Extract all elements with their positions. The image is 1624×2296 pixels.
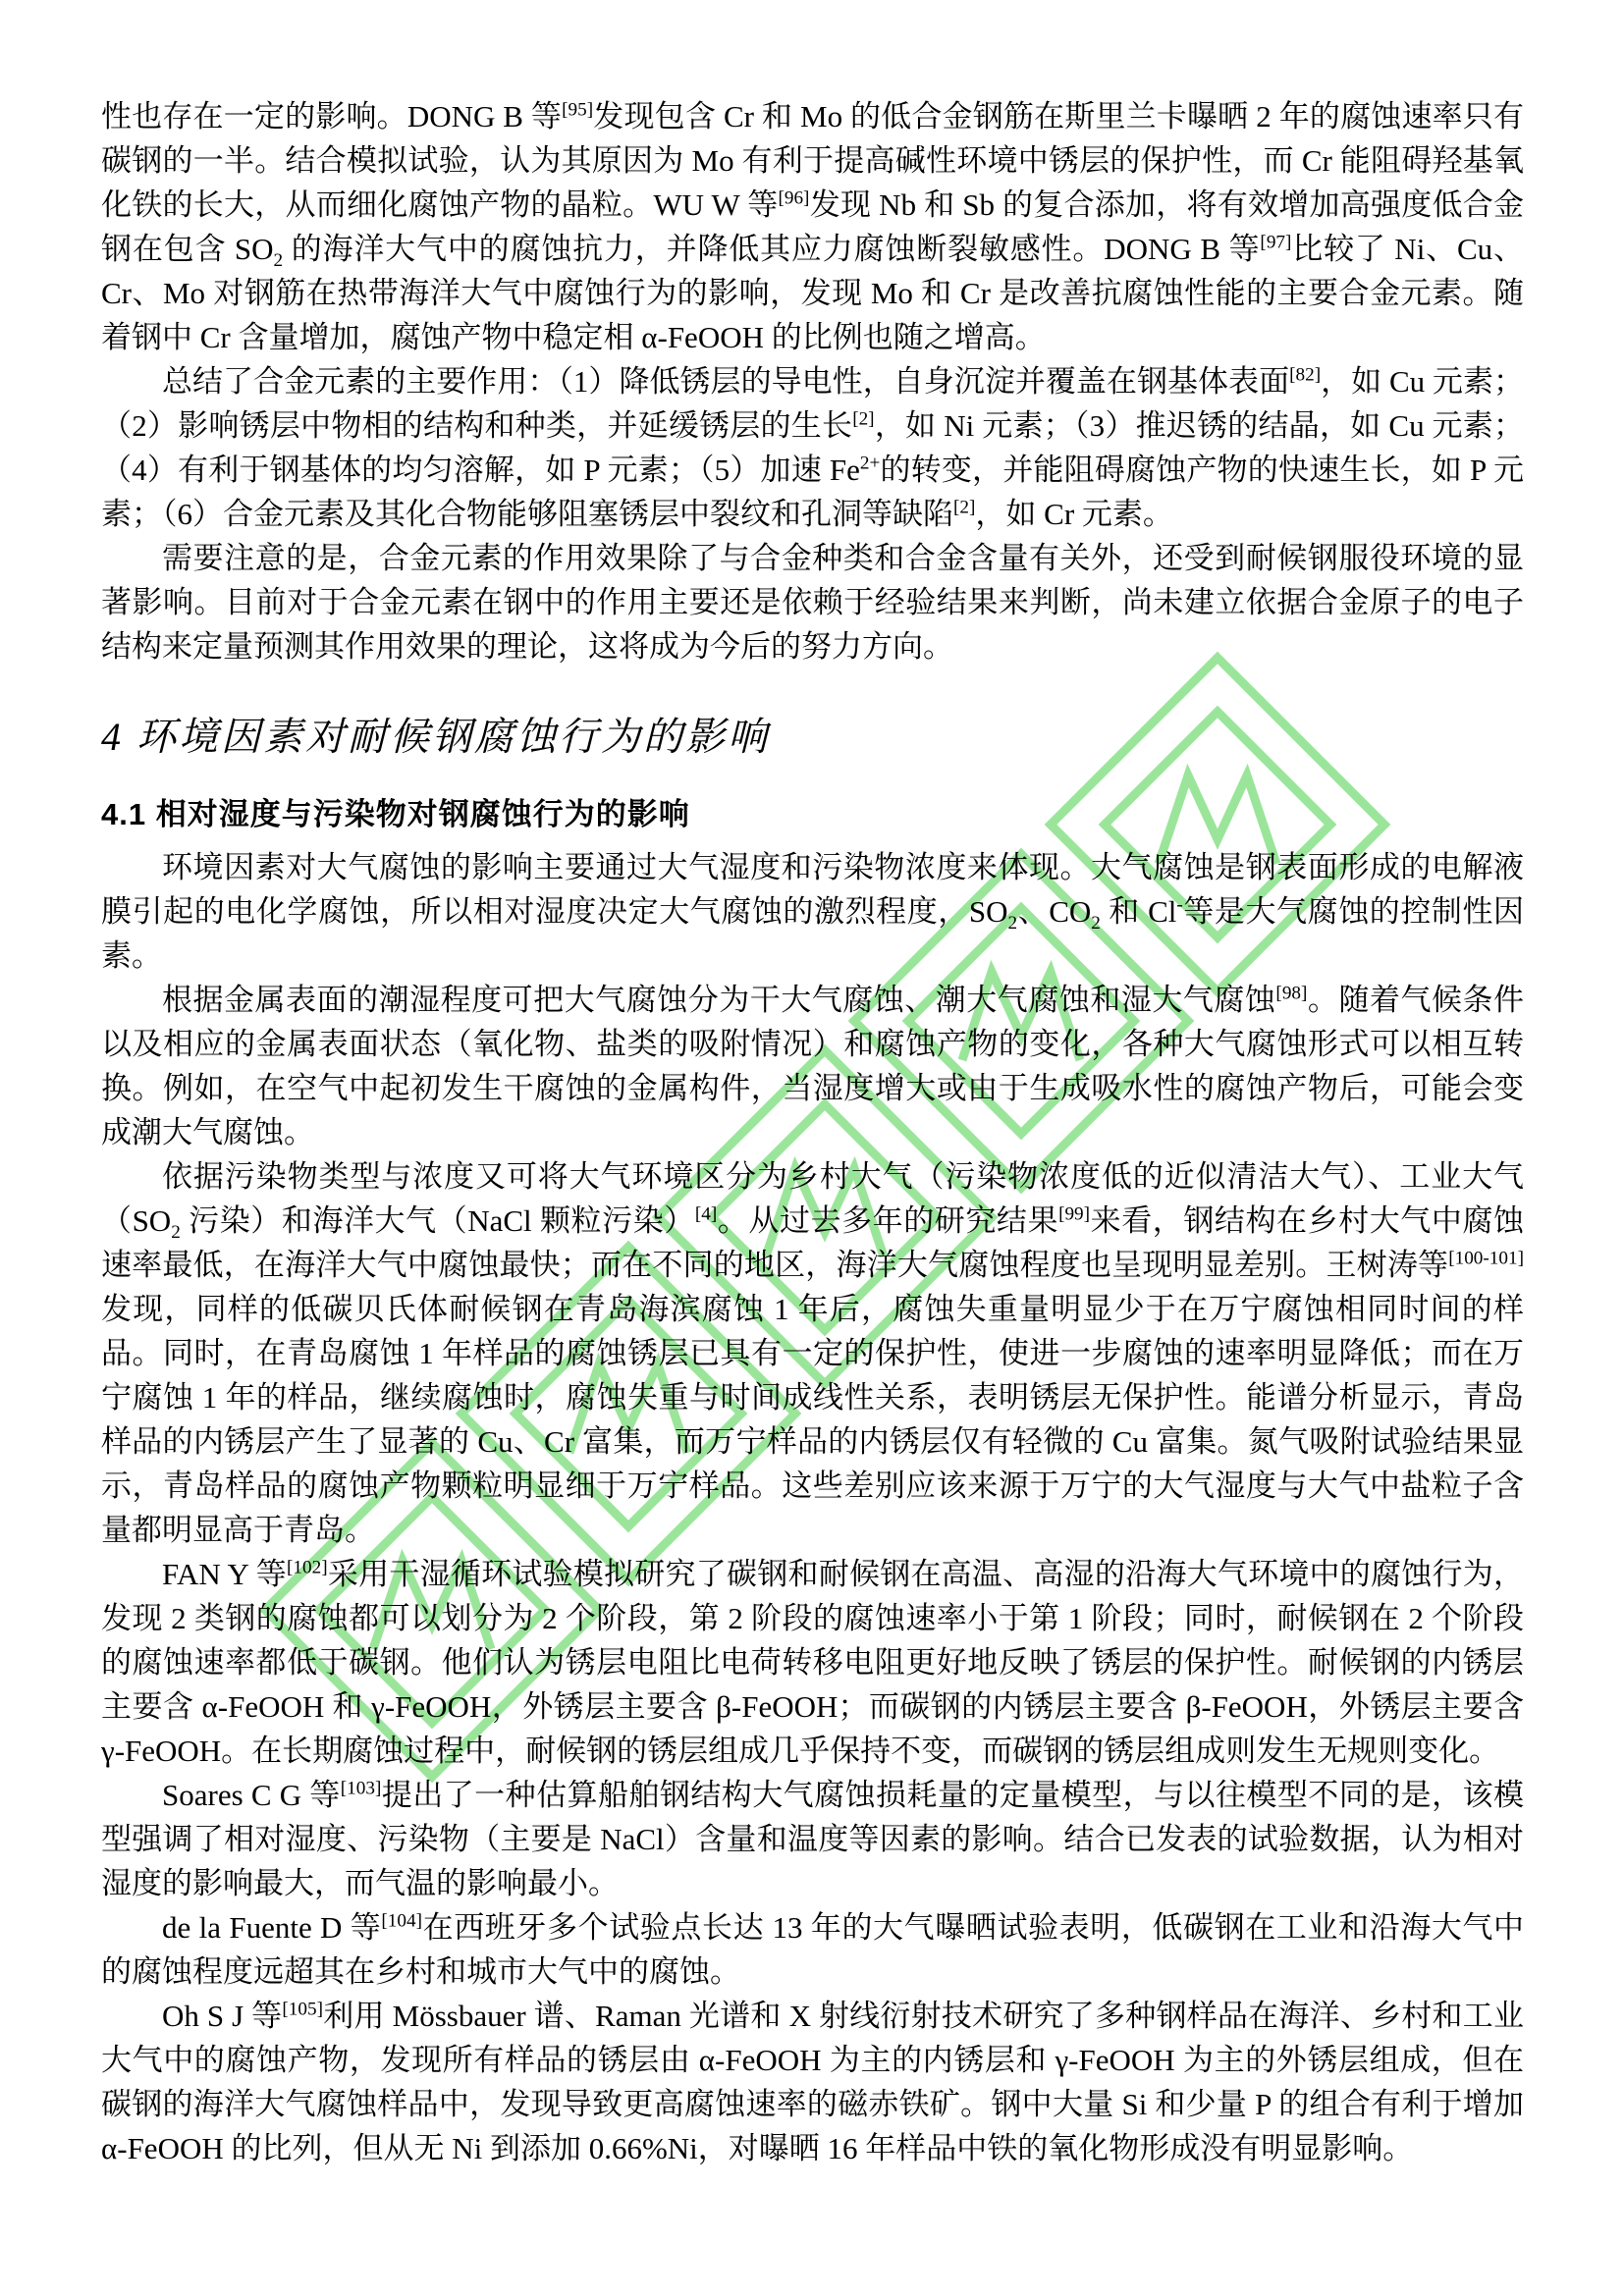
paragraph-environment-factors: 环境因素对大气腐蚀的影响主要通过大气湿度和污染物浓度来体现。大气腐蚀是钢表面形成…	[101, 845, 1524, 978]
paragraph-soares-model: Soares C G 等[103]提出了一种估算船舶钢结构大气腐蚀损耗量的定量模…	[101, 1773, 1524, 1905]
paragraph-alloy-effects-continued: 性也存在一定的影响。DONG B 等[95]发现包含 Cr 和 Mo 的低合金钢…	[101, 94, 1524, 359]
paragraph-de-la-fuente-study: de la Fuente D 等[104]在西班牙多个试验点长达 13 年的大气…	[101, 1905, 1524, 1994]
paragraph-atmospheric-corrosion-types: 根据金属表面的潮湿程度可把大气腐蚀分为干大气腐蚀、潮大气腐蚀和湿大气腐蚀[98]…	[101, 978, 1524, 1154]
document-body: 性也存在一定的影响。DONG B 等[95]发现包含 Cr 和 Mo 的低合金钢…	[101, 94, 1524, 2170]
paragraph-pollutant-atmosphere-zones: 依据污染物类型与浓度又可将大气环境区分为乡村大气（污染物浓度低的近似清洁大气）、…	[101, 1154, 1524, 1552]
paragraph-alloy-effect-note: 需要注意的是，合金元素的作用效果除了与合金种类和合金含量有关外，还受到耐候钢服役…	[101, 536, 1524, 668]
paragraph-alloy-element-roles: 总结了合金元素的主要作用：（1）降低锈层的导电性，自身沉淀并覆盖在钢基体表面[8…	[101, 359, 1524, 536]
subsection-heading-4-1: 4.1 相对湿度与污染物对钢腐蚀行为的影响	[101, 794, 1524, 835]
document-page: 性也存在一定的影响。DONG B 等[95]发现包含 Cr 和 Mo 的低合金钢…	[0, 0, 1624, 2296]
paragraph-oh-sj-study: Oh S J 等[105]利用 Mössbauer 谱、Raman 光谱和 X …	[101, 1994, 1524, 2170]
paragraph-fan-y-study: FAN Y 等[102]采用干湿循环试验模拟研究了碳钢和耐候钢在高温、高湿的沿海…	[101, 1552, 1524, 1773]
section-heading-4: 4 环境因素对耐候钢腐蚀行为的影响	[101, 712, 1524, 763]
